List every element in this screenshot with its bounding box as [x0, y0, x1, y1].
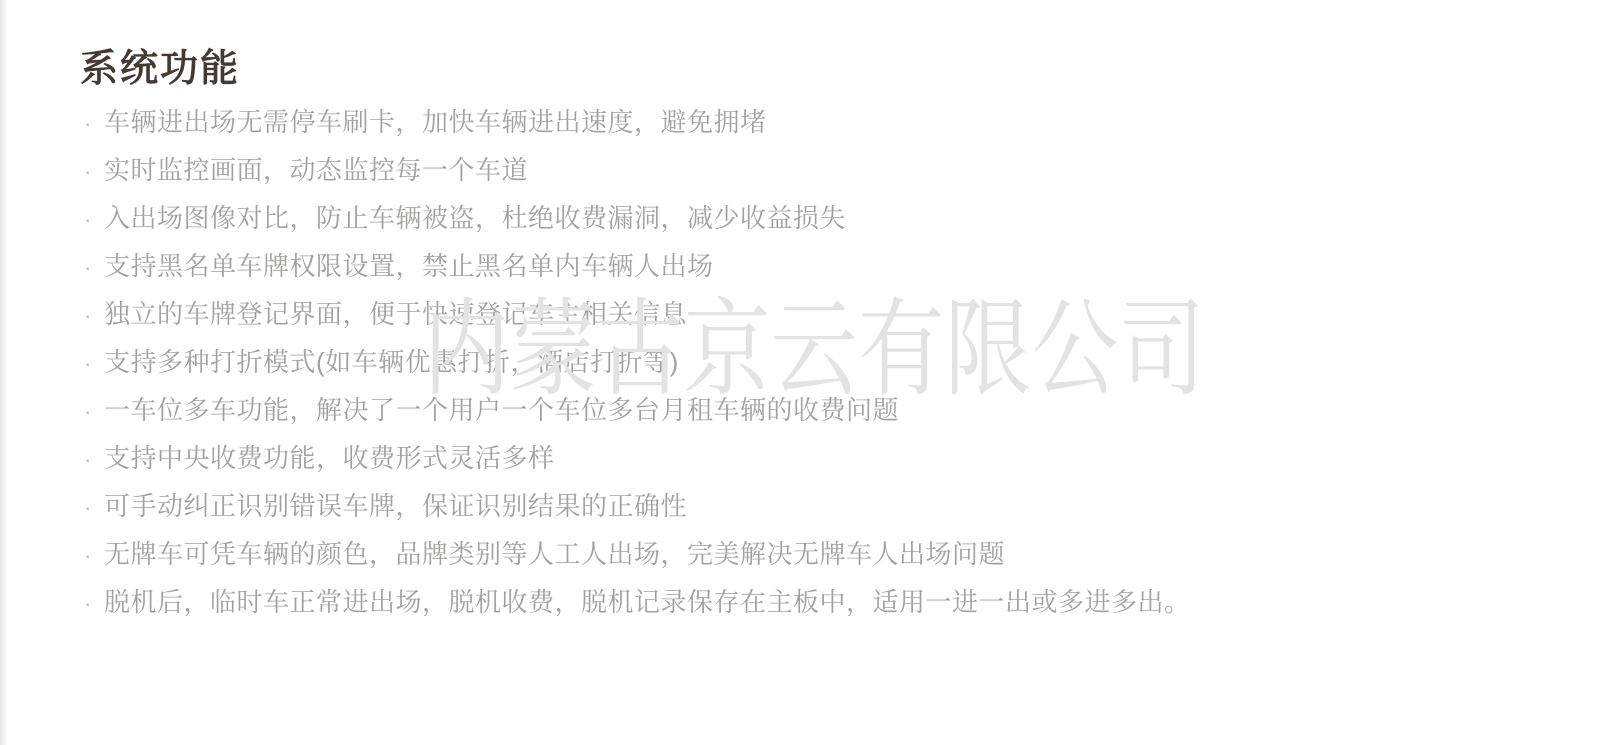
bullet-dot: ·: [84, 436, 104, 484]
feature-text: 支持多种打折模式(如车辆优惠打折，酒店打折等): [104, 338, 679, 386]
feature-text: 支持中央收费功能，收费形式灵活多样: [104, 434, 555, 482]
feature-text: 车辆进出场无需停车刷卡，加快车辆进出速度，避免拥堵: [104, 98, 767, 146]
feature-text: 实时监控画面，动态监控每一个车道: [104, 146, 528, 194]
feature-item: · 实时监控画面，动态监控每一个车道: [84, 146, 1191, 194]
bullet-dot: ·: [84, 532, 104, 580]
bullet-dot: ·: [84, 484, 104, 532]
feature-text: 脱机后，临时车正常进出场，脱机收费，脱机记录保存在主板中，适用一进一出或多进多出…: [104, 578, 1191, 626]
feature-item: · 支持黑名单车牌权限设置，禁止黑名单内车辆人出场: [84, 242, 1191, 290]
feature-item: · 独立的车牌登记界面，便于快速登记车主相关信息: [84, 290, 1191, 338]
feature-text: 无牌车可凭车辆的颜色，品牌类别等人工人出场，完美解决无牌车人出场问题: [104, 530, 1005, 578]
bullet-dot: ·: [84, 580, 104, 628]
bullet-dot: ·: [84, 100, 104, 148]
feature-text: 入出场图像对比，防止车辆被盗，杜绝收费漏洞，减少收益损失: [104, 194, 846, 242]
feature-text: 独立的车牌登记界面，便于快速登记车主相关信息: [104, 290, 687, 338]
feature-item: · 无牌车可凭车辆的颜色，品牌类别等人工人出场，完美解决无牌车人出场问题: [84, 530, 1191, 578]
bullet-dot: ·: [84, 148, 104, 196]
bullet-dot: ·: [84, 292, 104, 340]
feature-item: · 支持多种打折模式(如车辆优惠打折，酒店打折等): [84, 338, 1191, 386]
page: 系统功能 · 车辆进出场无需停车刷卡，加快车辆进出速度，避免拥堵 · 实时监控画…: [0, 0, 1621, 745]
bullet-dot: ·: [84, 244, 104, 292]
left-edge-shadow: [0, 0, 7, 745]
feature-item: · 脱机后，临时车正常进出场，脱机收费，脱机记录保存在主板中，适用一进一出或多进…: [84, 578, 1191, 626]
bullet-dot: ·: [84, 340, 104, 388]
feature-item: · 入出场图像对比，防止车辆被盗，杜绝收费漏洞，减少收益损失: [84, 194, 1191, 242]
feature-item: · 一车位多车功能，解决了一个用户一个车位多台月租车辆的收费问题: [84, 386, 1191, 434]
feature-item: · 支持中央收费功能，收费形式灵活多样: [84, 434, 1191, 482]
bullet-dot: ·: [84, 388, 104, 436]
feature-item: · 车辆进出场无需停车刷卡，加快车辆进出速度，避免拥堵: [84, 98, 1191, 146]
feature-text: 一车位多车功能，解决了一个用户一个车位多台月租车辆的收费问题: [104, 386, 899, 434]
feature-text: 支持黑名单车牌权限设置，禁止黑名单内车辆人出场: [104, 242, 714, 290]
feature-item: · 可手动纠正识别错误车牌，保证识别结果的正确性: [84, 482, 1191, 530]
feature-list: · 车辆进出场无需停车刷卡，加快车辆进出速度，避免拥堵 · 实时监控画面，动态监…: [84, 98, 1191, 626]
feature-text: 可手动纠正识别错误车牌，保证识别结果的正确性: [104, 482, 687, 530]
bullet-dot: ·: [84, 196, 104, 244]
page-title: 系统功能: [80, 49, 240, 91]
